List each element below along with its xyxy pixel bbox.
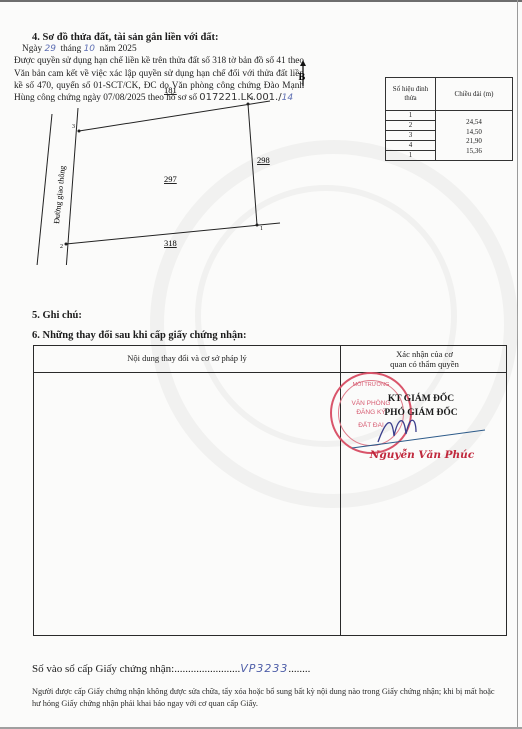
entry-month: 10 <box>84 44 95 54</box>
vertex-cell: 4 <box>386 141 436 151</box>
legal-notice: Người được cấp Giấy chứng nhận không đượ… <box>32 686 502 710</box>
signature-scrawl <box>320 400 510 450</box>
length-value: 15,36 <box>436 147 512 157</box>
lengths-cell: 24,54 14,50 21,90 15,36 <box>436 111 513 161</box>
change-entry: Ngày 29 tháng 10 năm 2025 Được quyền sử … <box>14 43 304 104</box>
length-value: 14,50 <box>436 128 512 138</box>
dossier-number: 017221.LK.001./ <box>199 92 281 103</box>
vertex-cell: 3 <box>386 131 436 141</box>
section-6-title: 6. Những thay đổi sau khi cấp giấy chứng… <box>32 330 247 341</box>
vertex-cell: 1 <box>386 151 436 161</box>
section-5-title: 5. Ghi chú: <box>32 310 82 321</box>
vertex-label-1: 1 <box>260 226 263 232</box>
handwritten-mark: 14 <box>282 93 293 103</box>
road-edge-inner <box>65 108 78 265</box>
length-value: 24,54 <box>436 118 512 128</box>
vertex-cell: 1 <box>386 111 436 121</box>
parcel-298: 298 <box>257 155 270 165</box>
header-vertex: Số hiệu đỉnh thửa <box>386 78 436 111</box>
road-label: Đường giao thông <box>52 165 67 224</box>
page-edge-right <box>517 0 518 729</box>
length-value: 21,90 <box>436 137 512 147</box>
boundary-3-4 <box>79 101 270 131</box>
header-divider <box>34 372 506 373</box>
registration-value: VP3233 <box>240 662 288 675</box>
vertex-cell: 2 <box>386 121 436 131</box>
entry-day: 29 <box>44 44 55 54</box>
section-4-title: 4. Sơ đồ thửa đất, tài sản gắn liền với … <box>32 32 219 43</box>
page-edge-top <box>0 0 522 2</box>
signer-name: Nguyễn Văn Phúc <box>352 449 492 461</box>
road-edge-outer <box>36 114 52 265</box>
parcel-318: 318 <box>164 238 177 248</box>
header-change-content: Nội dung thay đổi và cơ sở pháp lý <box>34 353 340 363</box>
edge-length-table: Số hiệu đỉnh thửa Chiều dài (m) 1 24,54 … <box>385 77 513 161</box>
entry-body: Được quyền sử dụng hạn chế liền kề trên … <box>14 55 304 104</box>
vertex-label-2: 2 <box>60 244 63 250</box>
boundary-4-1 <box>248 104 257 225</box>
header-length: Chiều dài (m) <box>436 78 513 111</box>
vertex-label-3: 3 <box>72 124 75 130</box>
entry-date: Ngày 29 tháng 10 năm 2025 <box>14 43 304 55</box>
changes-table: Nội dung thay đổi và cơ sở pháp lý Xác n… <box>33 345 507 636</box>
registration-number: Số vào sổ cấp Giấy chứng nhận:..........… <box>32 662 310 675</box>
parcel-297: 297 <box>164 174 177 184</box>
header-authority-confirmation: Xác nhận của cơ quan có thẩm quyền <box>341 349 508 369</box>
